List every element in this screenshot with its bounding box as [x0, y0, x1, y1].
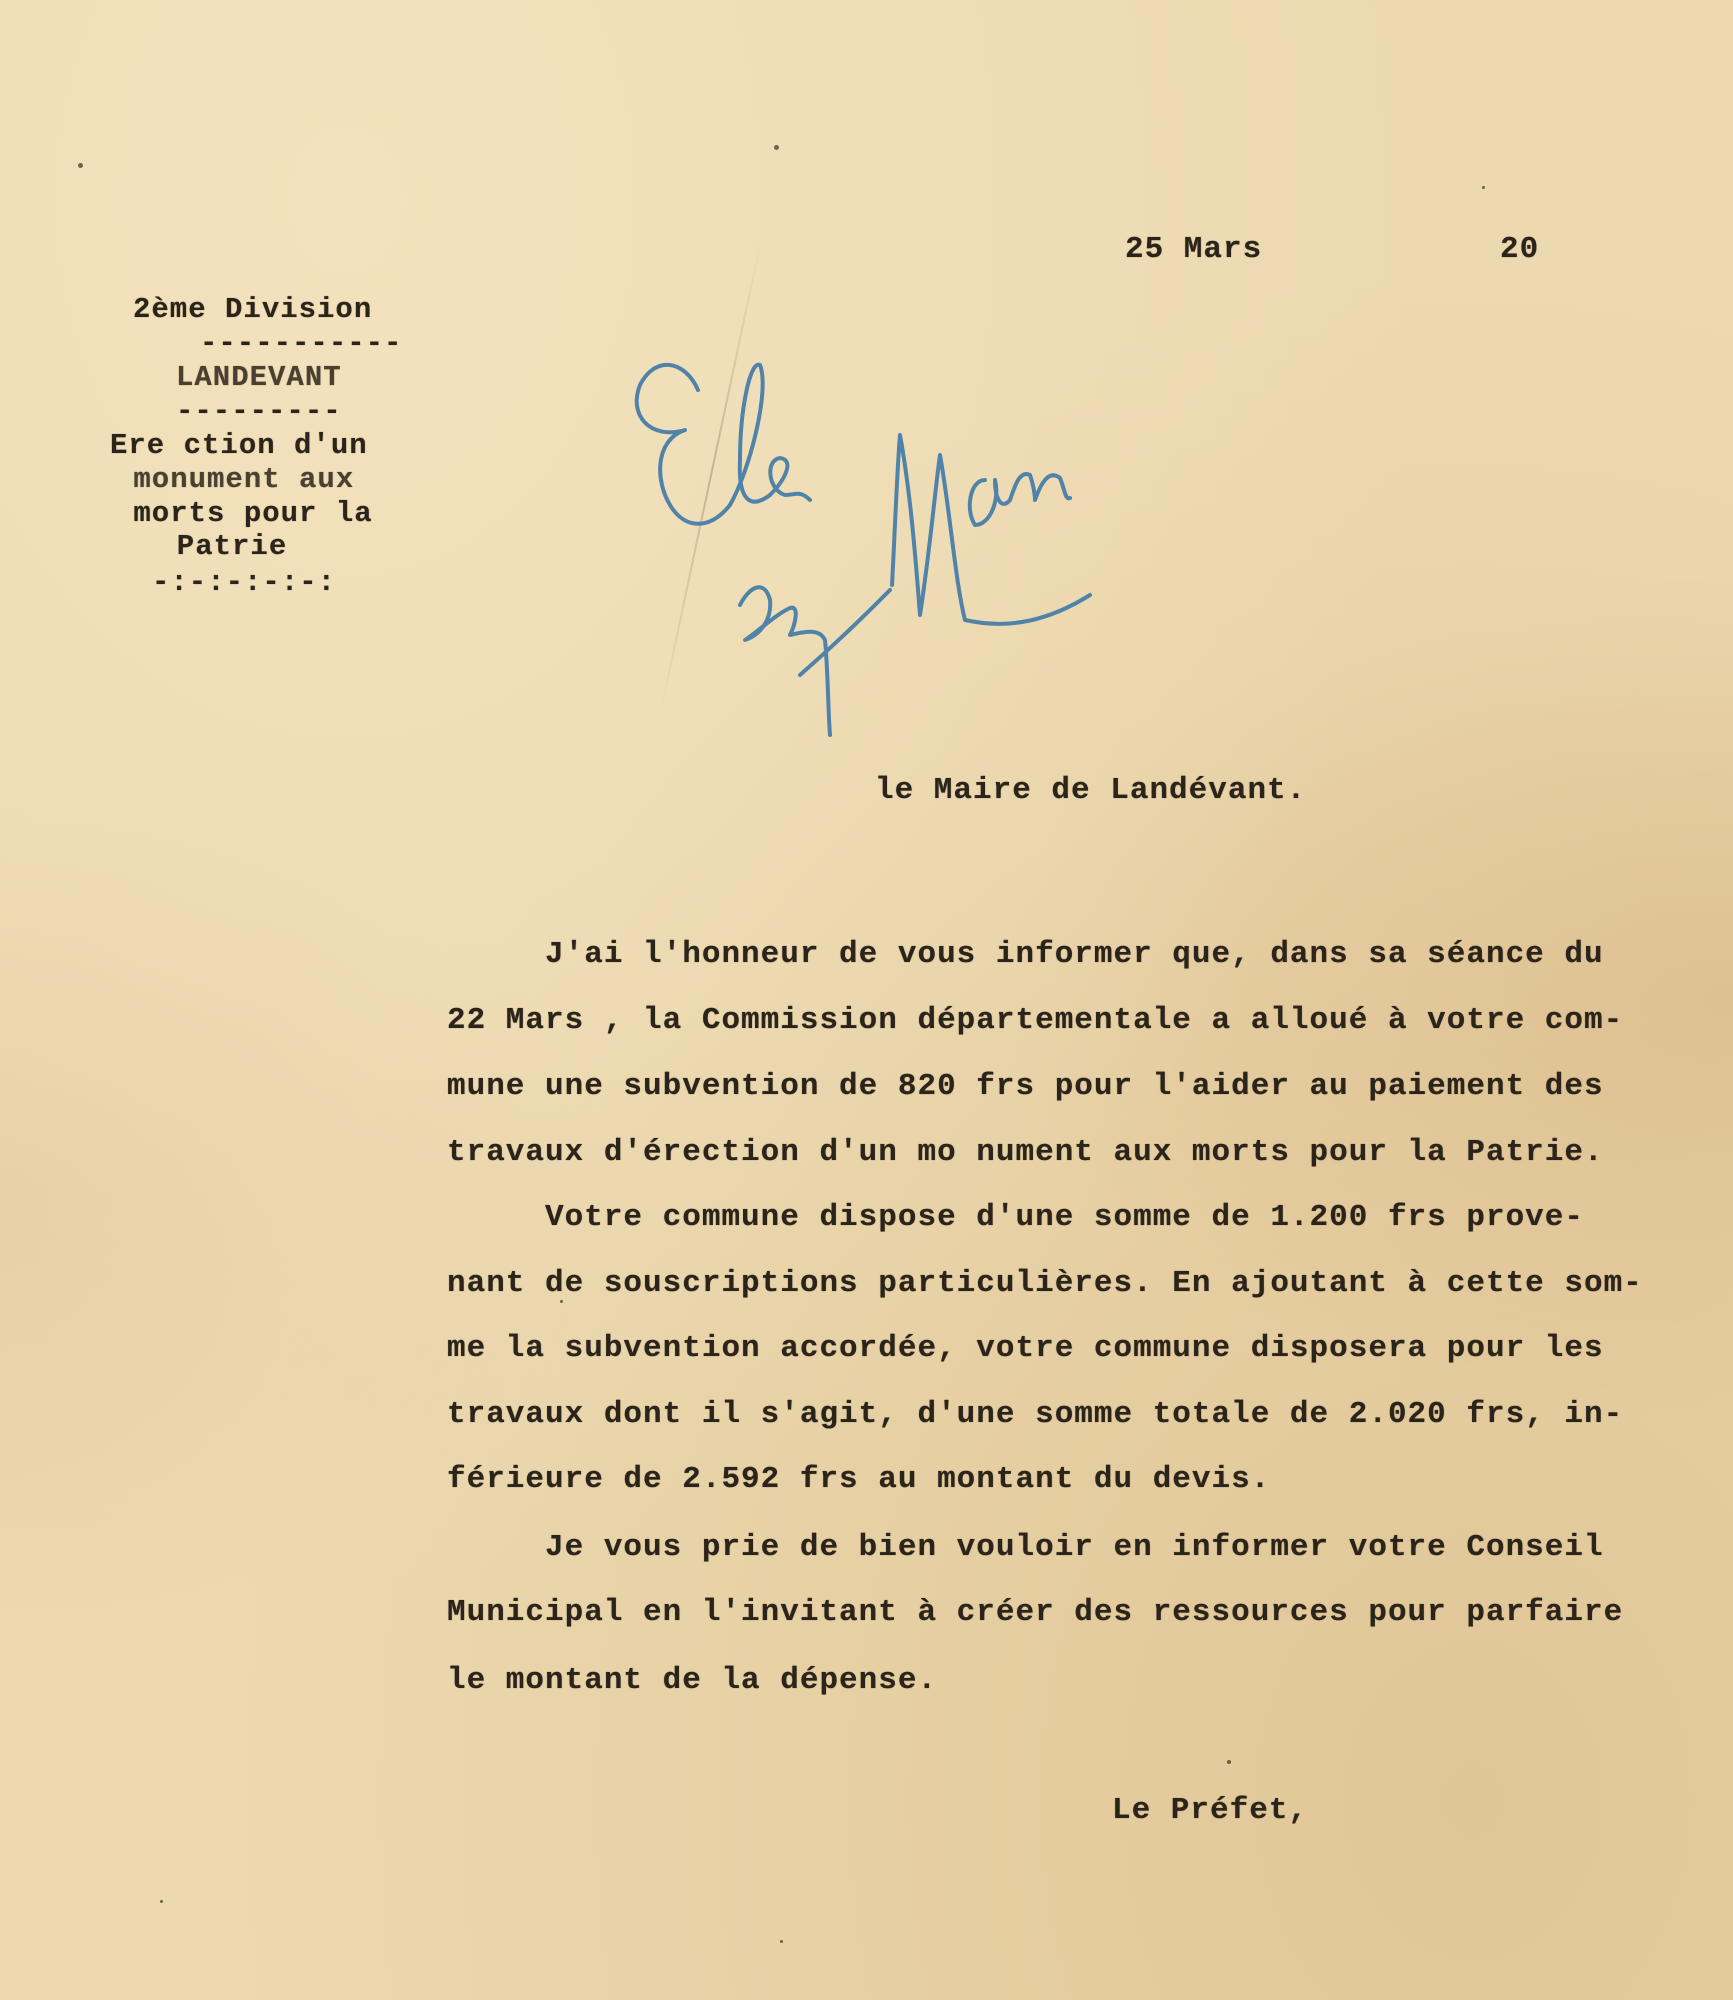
body-line: travaux d'érection d'un mo nument aux mo… — [447, 1135, 1604, 1170]
body-line: mune une subvention de 820 frs pour l'ai… — [447, 1069, 1604, 1104]
body-line: J'ai l'honneur de vous informer que, dan… — [447, 937, 1604, 972]
date-year: 20 — [1500, 232, 1539, 267]
paper-speck — [780, 1940, 783, 1943]
body-line: nant de souscriptions particulières. En … — [447, 1266, 1643, 1301]
paper-speck — [1227, 1760, 1231, 1764]
paper-speck — [78, 163, 83, 168]
body-line: 22 Mars , la Commission départementale a… — [447, 1003, 1623, 1038]
division-label: 2ème Division — [133, 293, 372, 326]
body-line: travaux dont il s'agit, d'une somme tota… — [447, 1397, 1623, 1432]
body-line: Je vous prie de bien vouloir en informer… — [447, 1530, 1604, 1565]
subject-line: morts pour la — [115, 497, 373, 530]
body-line: Votre commune dispose d'une somme de 1.2… — [447, 1200, 1584, 1235]
body-line: Municipal en l'invitant à créer des ress… — [447, 1595, 1623, 1630]
body-line: férieure de 2.592 frs au montant du devi… — [447, 1462, 1270, 1497]
paper-speck — [160, 1900, 163, 1903]
commune-name: LANDEVANT — [176, 361, 342, 394]
subject-line: Ere ction d'un — [110, 429, 368, 462]
end-ornament: -:-:-:-:-: — [152, 566, 336, 599]
subject-line: monument aux — [115, 463, 354, 496]
document-page: 25 Mars 20 2ème Division ----------- LAN… — [0, 0, 1733, 2000]
paper-speck — [774, 145, 779, 150]
handwritten-annotation: Ele vz Mam — [610, 330, 1130, 750]
signature-line: Le Préfet, — [1112, 1793, 1308, 1828]
body-line: me la subvention accordée, votre commune… — [447, 1331, 1604, 1366]
recipient-line: le Maire de Landévant. — [875, 773, 1306, 808]
separator-line: ----------- — [200, 327, 402, 360]
paper-speck — [1482, 186, 1485, 189]
separator-line: --------- — [176, 395, 342, 428]
date-day-month: 25 Mars — [1125, 232, 1262, 267]
subject-line: Patrie — [140, 530, 287, 563]
body-line: le montant de la dépense. — [447, 1663, 937, 1698]
